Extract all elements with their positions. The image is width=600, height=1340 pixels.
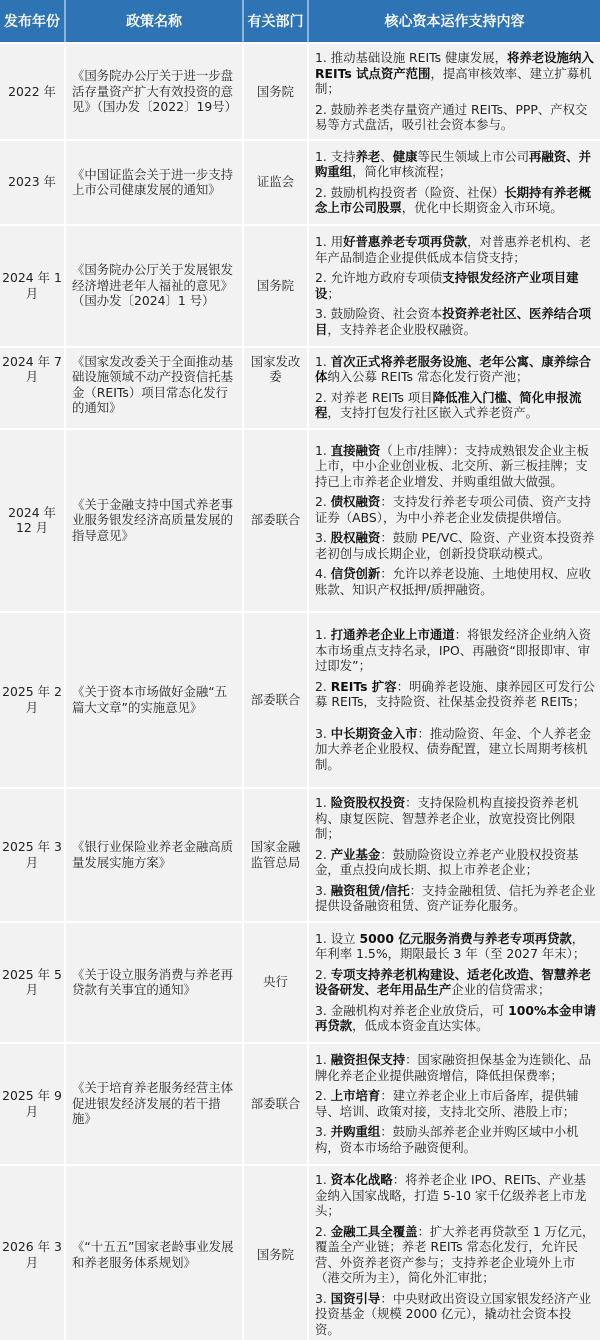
table-row: 2025 年 5 月《关于设立服务消费与养老再贷款有关事宜的通知》央行1. 设立… bbox=[0, 922, 600, 1043]
policy-name-cell: 《国家发改委关于全面推动基础设施领域不动产投资信托基金（REITs）项目常态化发… bbox=[65, 347, 243, 429]
body-text: 2. bbox=[315, 679, 331, 694]
table-row: 2024 年 12 月《关于金融支持中国式养老事业服务银发经济高质量发展的指导意… bbox=[0, 429, 600, 612]
content-item: 3. 国资引导：中央财政出资设立国家银发经济产业投资基金（规模 2000 亿元）… bbox=[315, 1291, 596, 1338]
emphasis-text: 中长期资金入市 bbox=[331, 726, 418, 741]
department-cell: 央行 bbox=[243, 922, 308, 1043]
emphasis-text: 直接融资 bbox=[331, 443, 381, 458]
year-cell: 2022 年 bbox=[0, 43, 65, 140]
body-text: 1. 用 bbox=[315, 234, 343, 249]
table-body: 2022 年《国务院办公厅关于进一步盘活存量资产扩大有效投资的意见》（国办发〔2… bbox=[0, 43, 600, 1340]
content-item: 3. 融资租赁/信托：支持金融租赁、信托为养老企业提供设备融资租赁、资产证券化服… bbox=[315, 883, 596, 914]
content-item: 2. 允许地方政府专项债支持银发经济产业项目建设； bbox=[315, 270, 596, 301]
year-cell: 2026 年 3 月 bbox=[0, 1165, 65, 1340]
content-cell: 1. 推动基础设施 REITs 健康发展，将养老设施纳入 REITs 试点资产范… bbox=[308, 43, 600, 140]
emphasis-text: 好普惠养老专项再贷款 bbox=[343, 234, 467, 249]
content-cell: 1. 打通养老企业上市通道：将银发经济企业纳入资本市场重点支持名录，IPO、再融… bbox=[308, 612, 600, 788]
body-text: 等民生领域上市公司 bbox=[418, 149, 530, 164]
header-department: 有关部门 bbox=[243, 0, 308, 43]
emphasis-text: 融资担保支持 bbox=[331, 1052, 405, 1067]
emphasis-text: 上市培育 bbox=[331, 1088, 381, 1103]
emphasis-text: 资本化战略 bbox=[331, 1172, 393, 1187]
emphasis-text: 5000 亿元服务消费与养老专项再贷款 bbox=[359, 931, 571, 946]
body-text: 3. bbox=[315, 530, 331, 545]
policy-name-cell: 《国务院办公厅关于发展银发经济增进老年人福祉的意见》（国办发〔2024〕1 号） bbox=[65, 225, 243, 347]
emphasis-text: 产业基金 bbox=[331, 847, 381, 862]
body-text: ，支持养老企业股权融资。 bbox=[327, 322, 476, 337]
table-header: 发布年份 政策名称 有关部门 核心资本运作支持内容 bbox=[0, 0, 600, 43]
body-text: 2. bbox=[315, 1224, 331, 1239]
body-text: 3. bbox=[315, 883, 331, 898]
body-text: 2. 允许地方政府专项债 bbox=[315, 270, 442, 285]
policy-name-cell: 《关于设立服务消费与养老再贷款有关事宜的通知》 bbox=[65, 922, 243, 1043]
content-item: 1. 推动基础设施 REITs 健康发展，将养老设施纳入 REITs 试点资产范… bbox=[315, 50, 596, 97]
body-text: 1. bbox=[315, 354, 331, 369]
year-cell: 2024 年 12 月 bbox=[0, 429, 65, 612]
table-row: 2025 年 3 月《银行业保险业养老金融高质量发展实施方案》国家金融监管总局1… bbox=[0, 788, 600, 922]
body-text: 2. 对养老 REITs 项目 bbox=[315, 390, 433, 405]
content-item: 1. 支持养老、健康等民生领域上市公司再融资、并购重组，简化审核流程； bbox=[315, 149, 596, 180]
policy-name-cell: 《关于金融支持中国式养老事业服务银发经济高质量发展的指导意见》 bbox=[65, 429, 243, 612]
body-text: 1. bbox=[315, 627, 331, 642]
emphasis-text: REITs 扩容 bbox=[331, 679, 397, 694]
body-text: 2. bbox=[315, 967, 331, 982]
department-cell: 部委联合 bbox=[243, 612, 308, 788]
header-year: 发布年份 bbox=[0, 0, 65, 43]
department-cell: 国务院 bbox=[243, 225, 308, 347]
content-item: 1. 设立 5000 亿元服务消费与养老专项再贷款，年利率 1.5%，期限最长 … bbox=[315, 931, 596, 962]
table-row: 2023 年《中国证监会关于进一步支持上市公司健康发展的通知》证监会1. 支持养… bbox=[0, 140, 600, 225]
content-item: 3. 中长期资金入市：推动险资、年金、个人养老金加大养老企业股权、债券配置，建立… bbox=[315, 726, 596, 773]
body-text: ，优化中长期资金入市环境。 bbox=[402, 200, 563, 215]
department-cell: 证监会 bbox=[243, 140, 308, 225]
content-cell: 1. 险资股权投资：支持保险机构直接投资养老机构、康复医院、智慧养老企业，放宽投… bbox=[308, 788, 600, 922]
content-cell: 1. 首次正式将养老服务设施、老年公寓、康养综合体纳入公募 REITs 常态化发… bbox=[308, 347, 600, 429]
policy-name-cell: 《“十五五”国家老龄事业发展和养老服务体系规划》 bbox=[65, 1165, 243, 1340]
body-text: 、 bbox=[380, 149, 392, 164]
content-item: 1. 融资担保支持：国家融资担保基金为连锁化、品牌化养老企业提供融资增信，降低担… bbox=[315, 1052, 596, 1083]
body-text: 2. 鼓励机构投资者（险资、社保） bbox=[315, 185, 504, 200]
content-item: 3. 股权融资：鼓励 PE/VC、险资、产业资本投资养老初创与成长期企业，创新投… bbox=[315, 530, 596, 561]
emphasis-text: 债权融资 bbox=[331, 494, 381, 509]
body-text: 1. bbox=[315, 1052, 331, 1067]
content-item: 2. REITs 扩容：明确养老设施、康养园区可发行公募 REITs，支持险资、… bbox=[315, 679, 596, 710]
body-text: 2. bbox=[315, 1088, 331, 1103]
emphasis-text: 股权融资 bbox=[331, 530, 381, 545]
table-row: 2025 年 9 月《关于培育养老服务经营主体促进银发经济发展的若干措施》部委联… bbox=[0, 1043, 600, 1165]
year-cell: 2023 年 bbox=[0, 140, 65, 225]
department-cell: 部委联合 bbox=[243, 429, 308, 612]
content-item: 1. 用好普惠养老专项再贷款，对普惠养老机构、老年产品制造企业提供低成本信贷支持… bbox=[315, 234, 596, 265]
body-text: 2. bbox=[315, 494, 331, 509]
content-cell: 1. 直接融资（上市/挂牌）：支持成熟银发企业主板上市，中小企业创业板、北交所、… bbox=[308, 429, 600, 612]
table-row: 2026 年 3 月《“十五五”国家老龄事业发展和养老服务体系规划》国务院1. … bbox=[0, 1165, 600, 1340]
header-core-content: 核心资本运作支持内容 bbox=[308, 0, 600, 43]
department-cell: 国务院 bbox=[243, 1165, 308, 1340]
policy-table: 发布年份 政策名称 有关部门 核心资本运作支持内容 2022 年《国务院办公厅关… bbox=[0, 0, 600, 1340]
content-item: 2. 产业基金：鼓励险资设立养老产业股权投资基金，重点投向成长期、拟上市养老企业… bbox=[315, 847, 596, 878]
policy-name-cell: 《银行业保险业养老金融高质量发展实施方案》 bbox=[65, 788, 243, 922]
content-item: 4. 信贷创新：允许以养老设施、土地使用权、应收账款、知识产权抵押/质押融资。 bbox=[315, 566, 596, 597]
emphasis-text: 养老 bbox=[356, 149, 381, 164]
header-policy-name: 政策名称 bbox=[65, 0, 243, 43]
content-item: 3. 金融机构对养老企业放贷后，可 100%本金申请再贷款，低成本资金直达实体。 bbox=[315, 1003, 596, 1034]
body-text: ，支持打包发行社区嵌入式养老资产。 bbox=[327, 405, 538, 420]
emphasis-text: 健康 bbox=[393, 149, 418, 164]
table-row: 2025 年 2 月《关于资本市场做好金融“五篇大文章”的实施意见》部委联合1.… bbox=[0, 612, 600, 788]
content-item: 2. 对养老 REITs 项目降低准入门槛、简化申报流程，支持打包发行社区嵌入式… bbox=[315, 390, 596, 421]
body-text: 1. 设立 bbox=[315, 931, 359, 946]
content-item: 2. 债权融资：支持发行养老专项公司债、资产支持证券（ABS），为中小养老企业发… bbox=[315, 494, 596, 525]
department-cell: 国家金融监管总局 bbox=[243, 788, 308, 922]
body-text: 3. bbox=[315, 1291, 331, 1306]
body-text: 1. 推动基础设施 REITs 健康发展， bbox=[315, 50, 507, 65]
department-cell: 国家发改委 bbox=[243, 347, 308, 429]
department-cell: 国务院 bbox=[243, 43, 308, 140]
content-cell: 1. 设立 5000 亿元服务消费与养老专项再贷款，年利率 1.5%，期限最长 … bbox=[308, 922, 600, 1043]
year-cell: 2025 年 9 月 bbox=[0, 1043, 65, 1165]
policy-name-cell: 《关于资本市场做好金融“五篇大文章”的实施意见》 bbox=[65, 612, 243, 788]
year-cell: 2025 年 2 月 bbox=[0, 612, 65, 788]
table-row: 2024 年 7 月《国家发改委关于全面推动基础设施领域不动产投资信托基金（RE… bbox=[0, 347, 600, 429]
department-cell: 部委联合 bbox=[243, 1043, 308, 1165]
year-cell: 2024 年 1 月 bbox=[0, 225, 65, 347]
body-text: ； bbox=[327, 286, 339, 301]
content-item: 1. 直接融资（上市/挂牌）：支持成熟银发企业主板上市，中小企业创业板、北交所、… bbox=[315, 443, 596, 490]
table-row: 2022 年《国务院办公厅关于进一步盘活存量资产扩大有效投资的意见》（国办发〔2… bbox=[0, 43, 600, 140]
emphasis-text: 险资股权投资 bbox=[331, 795, 405, 810]
emphasis-text: 金融工具全覆盖 bbox=[331, 1224, 418, 1239]
body-text: 3. bbox=[315, 1124, 331, 1139]
content-item: 1. 打通养老企业上市通道：将银发经济企业纳入资本市场重点支持名录，IPO、再融… bbox=[315, 627, 596, 674]
body-text: 2. bbox=[315, 847, 331, 862]
body-text: 纳入公募 REITs 常态化发行资产池； bbox=[327, 369, 528, 384]
emphasis-text: 打通养老企业上市通道 bbox=[331, 627, 455, 642]
body-text: 1. 支持 bbox=[315, 149, 356, 164]
body-text: 企业的信贷需求； bbox=[451, 982, 550, 997]
content-item: 3. 鼓励险资、社会资本投资养老社区、医养结合项目，支持养老企业股权融资。 bbox=[315, 306, 596, 337]
content-cell: 1. 支持养老、健康等民生领域上市公司再融资、并购重组，简化审核流程；2. 鼓励… bbox=[308, 140, 600, 225]
body-text: 1. bbox=[315, 795, 331, 810]
emphasis-text: 信贷创新 bbox=[331, 566, 381, 581]
body-text: ，低成本资金直达实体。 bbox=[352, 1018, 488, 1033]
emphasis-text: 国资引导 bbox=[331, 1291, 381, 1306]
body-text: 3. 金融机构对养老企业放贷后，可 bbox=[315, 1003, 508, 1018]
body-text: 4. bbox=[315, 566, 331, 581]
year-cell: 2025 年 3 月 bbox=[0, 788, 65, 922]
content-item: 1. 资本化战略：将养老企业 IPO、REITs、产业基金纳入国家战略，打造 5… bbox=[315, 1172, 596, 1219]
body-text: 3. bbox=[315, 726, 331, 741]
content-item: 2. 鼓励养老类存量资产通过 REITs、PPP、产权交易等方式盘活，吸引社会资… bbox=[315, 102, 596, 133]
emphasis-text: 并购重组 bbox=[331, 1124, 381, 1139]
content-item: 3. 并购重组：鼓励头部养老企业并购区域中小机构，资本市场给予融资便利。 bbox=[315, 1124, 596, 1155]
content-item: 2. 专项支持养老机构建设、适老化改造、智慧养老设备研发、老年用品生产企业的信贷… bbox=[315, 967, 596, 998]
year-cell: 2025 年 5 月 bbox=[0, 922, 65, 1043]
policy-name-cell: 《国务院办公厅关于进一步盘活存量资产扩大有效投资的意见》（国办发〔2022〕19… bbox=[65, 43, 243, 140]
policy-name-cell: 《中国证监会关于进一步支持上市公司健康发展的通知》 bbox=[65, 140, 243, 225]
content-item: 2. 鼓励机构投资者（险资、社保）长期持有养老概念上市公司股票，优化中长期资金入… bbox=[315, 185, 596, 216]
content-cell: 1. 用好普惠养老专项再贷款，对普惠养老机构、老年产品制造企业提供低成本信贷支持… bbox=[308, 225, 600, 347]
content-item: 1. 险资股权投资：支持保险机构直接投资养老机构、康复医院、智慧养老企业，放宽投… bbox=[315, 795, 596, 842]
content-cell: 1. 融资担保支持：国家融资担保基金为连锁化、品牌化养老企业提供融资增信，降低担… bbox=[308, 1043, 600, 1165]
emphasis-text: 融资租赁/信托 bbox=[331, 883, 410, 898]
year-cell: 2024 年 7 月 bbox=[0, 347, 65, 429]
body-text: 1. bbox=[315, 1172, 331, 1187]
table-row: 2024 年 1 月《国务院办公厅关于发展银发经济增进老年人福祉的意见》（国办发… bbox=[0, 225, 600, 347]
body-text: 3. 鼓励险资、社会资本 bbox=[315, 306, 442, 321]
content-item: 1. 首次正式将养老服务设施、老年公寓、康养综合体纳入公募 REITs 常态化发… bbox=[315, 354, 596, 385]
content-cell: 1. 资本化战略：将养老企业 IPO、REITs、产业基金纳入国家战略，打造 5… bbox=[308, 1165, 600, 1340]
content-item: 2. 金融工具全覆盖：扩大养老再贷款至 1 万亿元，覆盖全产业链；养老 REIT… bbox=[315, 1224, 596, 1286]
policy-name-cell: 《关于培育养老服务经营主体促进银发经济发展的若干措施》 bbox=[65, 1043, 243, 1165]
body-text: ，简化审核流程； bbox=[352, 164, 451, 179]
body-text: 2. 鼓励养老类存量资产通过 REITs、PPP、产权交易等方式盘活，吸引社会资… bbox=[315, 102, 587, 133]
body-text: 1. bbox=[315, 443, 331, 458]
content-item: 2. 上市培育：建立养老企业上市后备库，提供辅导、培训、政策对接，支持北交所、港… bbox=[315, 1088, 596, 1119]
